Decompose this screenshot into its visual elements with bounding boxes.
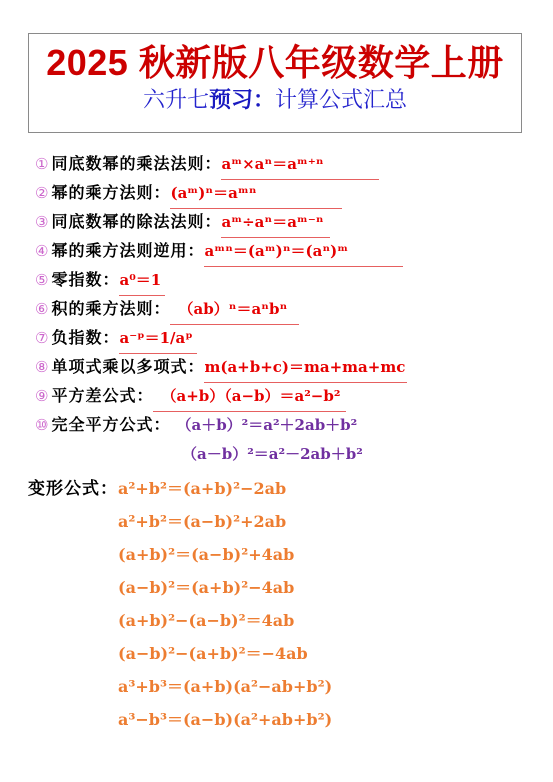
item-number: ⑧	[35, 353, 48, 382]
rule-item-3: ③ 同底数幂的除法法则： aᵐ÷aⁿ＝aᵐ⁻ⁿ	[35, 208, 407, 237]
transform-formula: (a−b)²＝(a+b)²−4ab	[118, 571, 294, 604]
rule-formula: aᵐ÷aⁿ＝aᵐ⁻ⁿ	[221, 208, 329, 238]
rule-item-8: ⑧ 单项式乘以多项式： m(a+b+c)＝ma+ma+mc	[35, 353, 407, 382]
item-number: ⑨	[35, 382, 48, 411]
rule-formula: m(a+b+c)＝ma+ma+mc	[204, 353, 407, 383]
rules-list: ① 同底数幂的乘法法则： aᵐ×aⁿ＝aᵐ⁺ⁿ ② 幂的乘方法则： (aᵐ)ⁿ＝…	[35, 150, 407, 469]
transform-formula: a³+b³＝(a+b)(a²−ab+b²)	[118, 670, 332, 703]
item-number: ④	[35, 237, 48, 266]
subtitle-rest: 计算公式汇总	[275, 87, 407, 112]
rule-formula: （a＋b）²＝a²＋2ab＋b²	[176, 411, 357, 440]
rule-item-10: ⑩ 完全平方公式： （a＋b）²＝a²＋2ab＋b²	[35, 411, 407, 440]
item-number: ⑦	[35, 324, 48, 353]
rule-formula: （ab）ⁿ＝aⁿbⁿ	[170, 295, 299, 325]
transform-label: 变形公式：	[28, 472, 118, 505]
rule-formula: (aᵐ)ⁿ＝aᵐⁿ	[170, 179, 341, 209]
rule-label: 同底数幂的乘法法则：	[51, 150, 221, 179]
rule-label: 完全平方公式：	[51, 411, 170, 440]
transform-row: a³+b³＝(a+b)(a²−ab+b²)	[28, 670, 332, 703]
rule-label: 负指数：	[51, 324, 119, 353]
transform-formula: (a+b)²＝(a−b)²+4ab	[118, 538, 294, 571]
rule-item-6: ⑥ 积的乘方法则： （ab）ⁿ＝aⁿbⁿ	[35, 295, 407, 324]
item-number: ③	[35, 208, 48, 237]
item-number: ⑥	[35, 295, 48, 324]
rule-item-9: ⑨ 平方差公式： （a+b）（a−b）＝a²−b²	[35, 382, 407, 411]
transform-row: (a−b)²＝(a+b)²−4ab	[28, 571, 332, 604]
transform-formula: (a+b)²−(a−b)²＝4ab	[118, 604, 294, 637]
rule-label: 积的乘方法则：	[51, 295, 170, 324]
rule-formula: （a－b）²＝a²－2ab＋b²	[182, 440, 363, 469]
transform-formula: a³−b³＝(a−b)(a²+ab+b²)	[118, 703, 332, 736]
transform-formula: a²+b²＝(a+b)²−2ab	[118, 472, 286, 505]
header-box: 2025 秋新版八年级数学上册 六升七预习：计算公式汇总	[28, 33, 522, 133]
rule-label: 单项式乘以多项式：	[51, 353, 204, 382]
item-number: ①	[35, 150, 48, 179]
subtitle-prefix: 六升七	[143, 87, 209, 112]
rule-label: 零指数：	[51, 266, 119, 295]
rule-item-10-line2: （a－b）²＝a²－2ab＋b²	[35, 440, 407, 469]
rule-item-4: ④ 幂的乘方法则逆用： aᵐⁿ＝(aᵐ)ⁿ＝(aⁿ)ᵐ	[35, 237, 407, 266]
rule-item-1: ① 同底数幂的乘法法则： aᵐ×aⁿ＝aᵐ⁺ⁿ	[35, 150, 407, 179]
rule-formula: a⁰＝1	[119, 266, 165, 296]
item-number: ⑤	[35, 266, 48, 295]
transform-row: 变形公式： a²+b²＝(a+b)²−2ab	[28, 472, 332, 505]
rule-formula: aᵐ×aⁿ＝aᵐ⁺ⁿ	[221, 150, 378, 180]
rule-item-2: ② 幂的乘方法则： (aᵐ)ⁿ＝aᵐⁿ	[35, 179, 407, 208]
transform-row: (a−b)²−(a+b)²＝−4ab	[28, 637, 332, 670]
item-number: ⑩	[35, 411, 48, 440]
transform-row: (a+b)²＝(a−b)²+4ab	[28, 538, 332, 571]
worksheet-page: 2025 秋新版八年级数学上册 六升七预习：计算公式汇总 ① 同底数幂的乘法法则…	[0, 0, 553, 782]
rule-item-5: ⑤ 零指数： a⁰＝1	[35, 266, 407, 295]
rule-formula: a⁻ᵖ＝1/aᵖ	[119, 324, 196, 354]
rule-label: 同底数幂的除法法则：	[51, 208, 221, 237]
rule-formula: aᵐⁿ＝(aᵐ)ⁿ＝(aⁿ)ᵐ	[204, 237, 403, 267]
transform-formula: a²+b²＝(a−b)²+2ab	[118, 505, 286, 538]
transform-row: (a+b)²−(a−b)²＝4ab	[28, 604, 332, 637]
rule-label: 幂的乘方法则逆用：	[51, 237, 204, 266]
transform-row: a³−b³＝(a−b)(a²+ab+b²)	[28, 703, 332, 736]
rule-label: 幂的乘方法则：	[51, 179, 170, 208]
transform-row: a²+b²＝(a−b)²+2ab	[28, 505, 332, 538]
rule-label: 平方差公式：	[51, 382, 153, 411]
subtitle-emphasis: 预习：	[209, 87, 275, 112]
rule-item-7: ⑦ 负指数： a⁻ᵖ＝1/aᵖ	[35, 324, 407, 353]
rule-formula: （a+b）（a−b）＝a²−b²	[153, 382, 346, 412]
page-subtitle: 六升七预习：计算公式汇总	[29, 87, 521, 113]
transform-formula: (a−b)²−(a+b)²＝−4ab	[118, 637, 308, 670]
page-title: 2025 秋新版八年级数学上册	[29, 42, 521, 84]
item-number: ②	[35, 179, 48, 208]
transform-section: 变形公式： a²+b²＝(a+b)²−2ab a²+b²＝(a−b)²+2ab …	[28, 472, 332, 736]
